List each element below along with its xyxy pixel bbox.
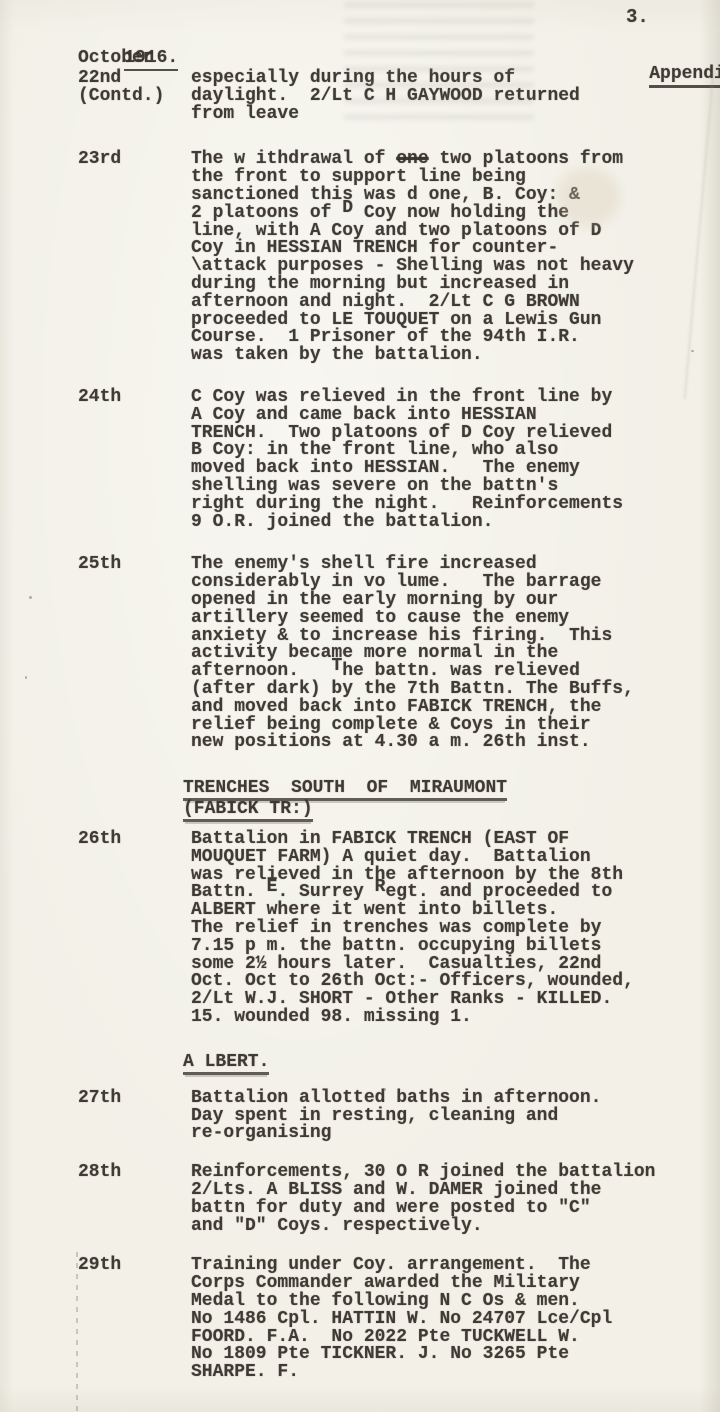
entry-line: Battalion allotted baths in afternoon. xyxy=(191,1090,720,1108)
section-heading-body: A LBERT. xyxy=(183,1052,720,1073)
page-number: 3. xyxy=(626,9,649,27)
raised-char: D xyxy=(342,198,353,218)
entry-line: afternoon and night. 2/Lt C G BROWN xyxy=(191,294,720,312)
diary-entry: 22nd(Contd.)especially during the hours … xyxy=(0,70,720,123)
entry-date: 24th xyxy=(0,389,191,407)
section-heading-body: TRENCHES SOUTH OF MIRAUMONT(FABICK TR:) xyxy=(183,778,720,820)
entry-date: 28th xyxy=(0,1164,191,1182)
diary-entry: 24thC Coy was relieved in the front line… xyxy=(0,389,720,531)
entry-line: battn for duty and were posted to "C" xyxy=(191,1200,720,1218)
entry-date-text: 28th xyxy=(78,1164,191,1182)
entry-body: The enemy's shell fire increasedconsider… xyxy=(191,556,720,752)
entry-line: SHARPE. F. xyxy=(191,1364,720,1382)
entry-body: especially during the hours ofdaylight. … xyxy=(191,70,720,123)
entry-body: The w ithdrawal of one two platoons from… xyxy=(191,151,720,365)
entry-date-text: 24th xyxy=(78,389,191,407)
raised-char: R xyxy=(375,877,386,897)
diary-entries: 22nd(Contd.)especially during the hours … xyxy=(0,70,720,1382)
entry-body: Reinforcements, 30 O R joined the battal… xyxy=(191,1164,720,1235)
entry-line: and "D" Coys. respectively. xyxy=(191,1218,720,1236)
entry-line: 9 O.R. joined the battalion. xyxy=(191,514,720,532)
entry-date-text: 23rd xyxy=(78,151,191,169)
entry-line: A Coy and came back into HESSIAN xyxy=(191,407,720,425)
entry-line: re-organising xyxy=(191,1125,720,1143)
entry-line: daylight. 2/Lt C H GAYWOOD returned xyxy=(191,88,720,106)
entry-body: Training under Coy. arrangement. TheCorp… xyxy=(191,1257,720,1382)
diary-entry: 28thReinforcements, 30 O R joined the ba… xyxy=(0,1164,720,1235)
entry-line: No 1486 Cpl. HATTIN W. No 24707 Lce/Cpl xyxy=(191,1311,720,1329)
entry-line: 15. wounded 98. missing 1. xyxy=(191,1009,720,1027)
diary-entry: 23rdThe w ithdrawal of one two platoons … xyxy=(0,151,720,365)
diary-entry: 27thBattalion allotted baths in afternoo… xyxy=(0,1090,720,1143)
section-heading-text: (FABICK TR:) xyxy=(183,799,313,822)
section-heading: TRENCHES SOUTH OF MIRAUMONT(FABICK TR:) xyxy=(0,778,720,820)
entry-line: artillery seemed to cause the enemy xyxy=(191,610,720,628)
diary-entry: 26thBattalion in FABICK TRENCH (EAST OFM… xyxy=(0,831,720,1027)
entry-line: 2 platoons of D Coy now holding the xyxy=(191,205,720,223)
entry-date-text: 29th xyxy=(78,1257,191,1275)
entry-body: Battalion allotted baths in afternoon.Da… xyxy=(191,1090,720,1143)
raised-char: E xyxy=(267,877,278,897)
entry-line: right during the night. Reinforcements xyxy=(191,496,720,514)
diary-entry: 29thTraining under Coy. arrangement. The… xyxy=(0,1257,720,1382)
section-heading-line: (FABICK TR:) xyxy=(183,799,720,820)
entry-line: new positions at 4.30 a m. 26th inst. xyxy=(191,734,720,752)
entry-line: and moved back into FABICK TRENCH, the xyxy=(191,699,720,717)
entry-line: from leave xyxy=(191,106,720,124)
section-heading-line: TRENCHES SOUTH OF MIRAUMONT xyxy=(183,778,720,799)
entry-line: 7.15 p m. the battn. occupying billets xyxy=(191,938,720,956)
section-heading-text: TRENCHES SOUTH OF MIRAUMONT xyxy=(183,778,507,801)
war-diary-page: 3. Appendix. 1916. October 22nd(Contd.)e… xyxy=(0,0,720,1412)
entry-date-text: 25th xyxy=(78,556,191,574)
raised-char: T xyxy=(331,656,342,676)
entry-date: 22nd(Contd.) xyxy=(0,70,191,106)
entry-date: 23rd xyxy=(0,151,191,169)
diary-entry: 25thThe enemy's shell fire increasedcons… xyxy=(0,556,720,752)
entry-body: C Coy was relieved in the front line byA… xyxy=(191,389,720,531)
entry-date: 29th xyxy=(0,1257,191,1275)
entry-line: was taken by the battalion. xyxy=(191,347,720,365)
entry-date: 26th xyxy=(0,831,191,849)
entry-date: 27th xyxy=(0,1090,191,1108)
entry-date-continued: (Contd.) xyxy=(78,88,191,106)
entry-date-text: 26th xyxy=(78,831,191,849)
section-heading-line: A LBERT. xyxy=(183,1052,720,1073)
entry-body: Battalion in FABICK TRENCH (EAST OFMOUQU… xyxy=(191,831,720,1027)
month-label: October xyxy=(78,50,154,68)
section-heading: A LBERT. xyxy=(0,1052,720,1073)
entry-date-text: 27th xyxy=(78,1090,191,1108)
section-heading-text: A LBERT. xyxy=(183,1052,269,1075)
entry-date: 25th xyxy=(0,556,191,574)
